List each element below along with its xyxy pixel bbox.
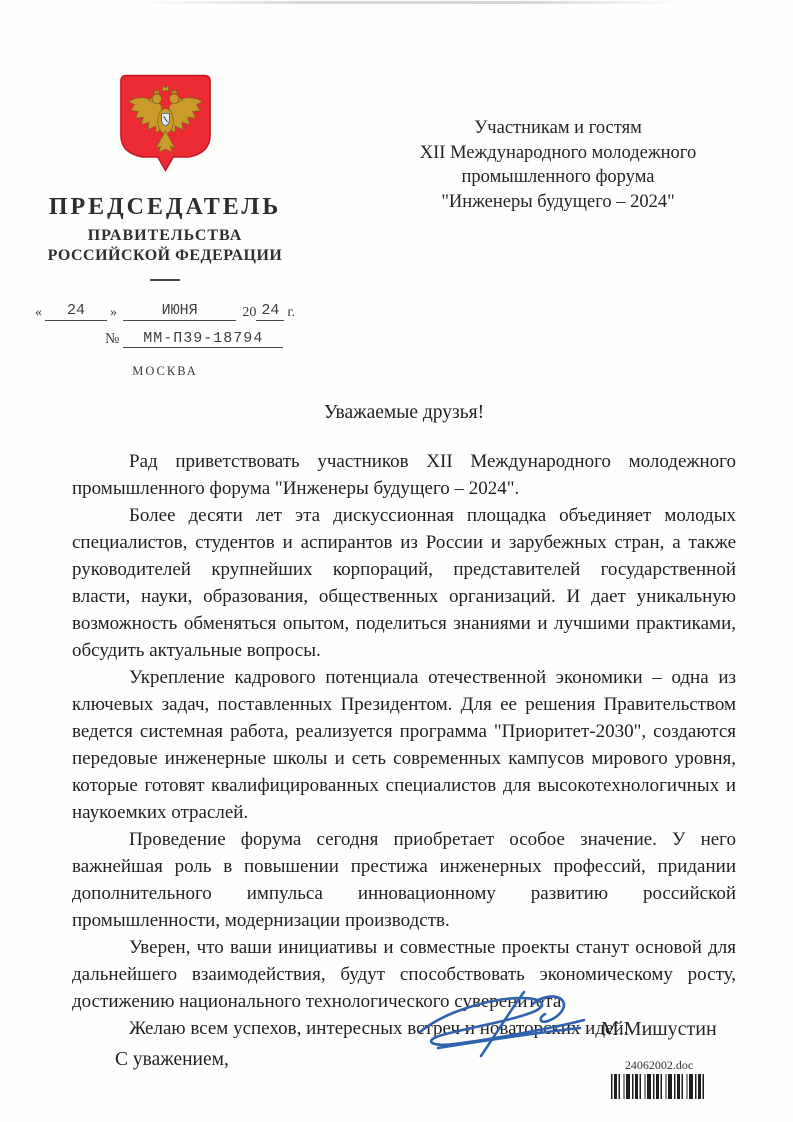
letter-body: Уважаемые друзья! Рад приветствовать уча… (72, 402, 736, 1071)
letterhead-subtitle-1: ПРАВИТЕЛЬСТВА (35, 227, 295, 245)
addressee-line: Участникам и гостям (393, 116, 723, 141)
letterhead: ПРЕДСЕДАТЕЛЬ ПРАВИТЕЛЬСТВА РОССИЙСКОЙ ФЕ… (35, 72, 295, 379)
signatory-name: М.Мишустин (601, 1018, 717, 1041)
open-quote: « (35, 305, 42, 321)
letter-page: ПРЕДСЕДАТЕЛЬ ПРАВИТЕЛЬСТВА РОССИЙСКОЙ ФЕ… (0, 0, 793, 1122)
letterhead-divider (150, 279, 180, 281)
barcode-icon (611, 1074, 707, 1099)
barcode-label: 24062002.doc (608, 1058, 710, 1073)
addressee-line: XII Международного молодежного (393, 141, 723, 166)
paragraph: Уверен, что ваши инициативы и совместные… (72, 934, 736, 1015)
scan-artifact (140, 1, 680, 4)
number-label: № (105, 331, 119, 348)
date-day: 24 (45, 303, 107, 321)
close-quote: » (110, 305, 117, 321)
addressee-line: промышленного форума (393, 165, 723, 190)
document-number-line: № ММ-П39-18794 (105, 331, 295, 349)
city-label: МОСКВА (35, 364, 295, 379)
date-line: « 24 » ИЮНЯ 20 24 г. (35, 303, 295, 321)
signature-icon (412, 988, 597, 1060)
addressee-line: "Инженеры будущего – 2024" (393, 190, 723, 215)
paragraph: Укрепление кадрового потенциала отечеств… (72, 664, 736, 826)
date-month: ИЮНЯ (123, 303, 236, 321)
russia-coat-of-arms-icon (117, 72, 214, 178)
paragraph: Рад приветствовать участников XII Междун… (72, 448, 736, 502)
letterhead-title: ПРЕДСЕДАТЕЛЬ (35, 194, 295, 221)
paragraph: Проведение форума сегодня приобретает ос… (72, 826, 736, 934)
document-number: ММ-П39-18794 (123, 331, 283, 349)
date-year: 24 (256, 303, 284, 321)
barcode-block: 24062002.doc (608, 1058, 710, 1099)
letterhead-subtitle-2: РОССИЙСКОЙ ФЕДЕРАЦИИ (35, 247, 295, 265)
paragraph: Более десяти лет эта дискуссионная площа… (72, 502, 736, 664)
addressee-block: Участникам и гостям XII Международного м… (393, 116, 723, 214)
date-year-suffix: г. (287, 305, 295, 321)
date-century: 20 (242, 305, 256, 321)
salutation: Уважаемые друзья! (72, 402, 736, 424)
